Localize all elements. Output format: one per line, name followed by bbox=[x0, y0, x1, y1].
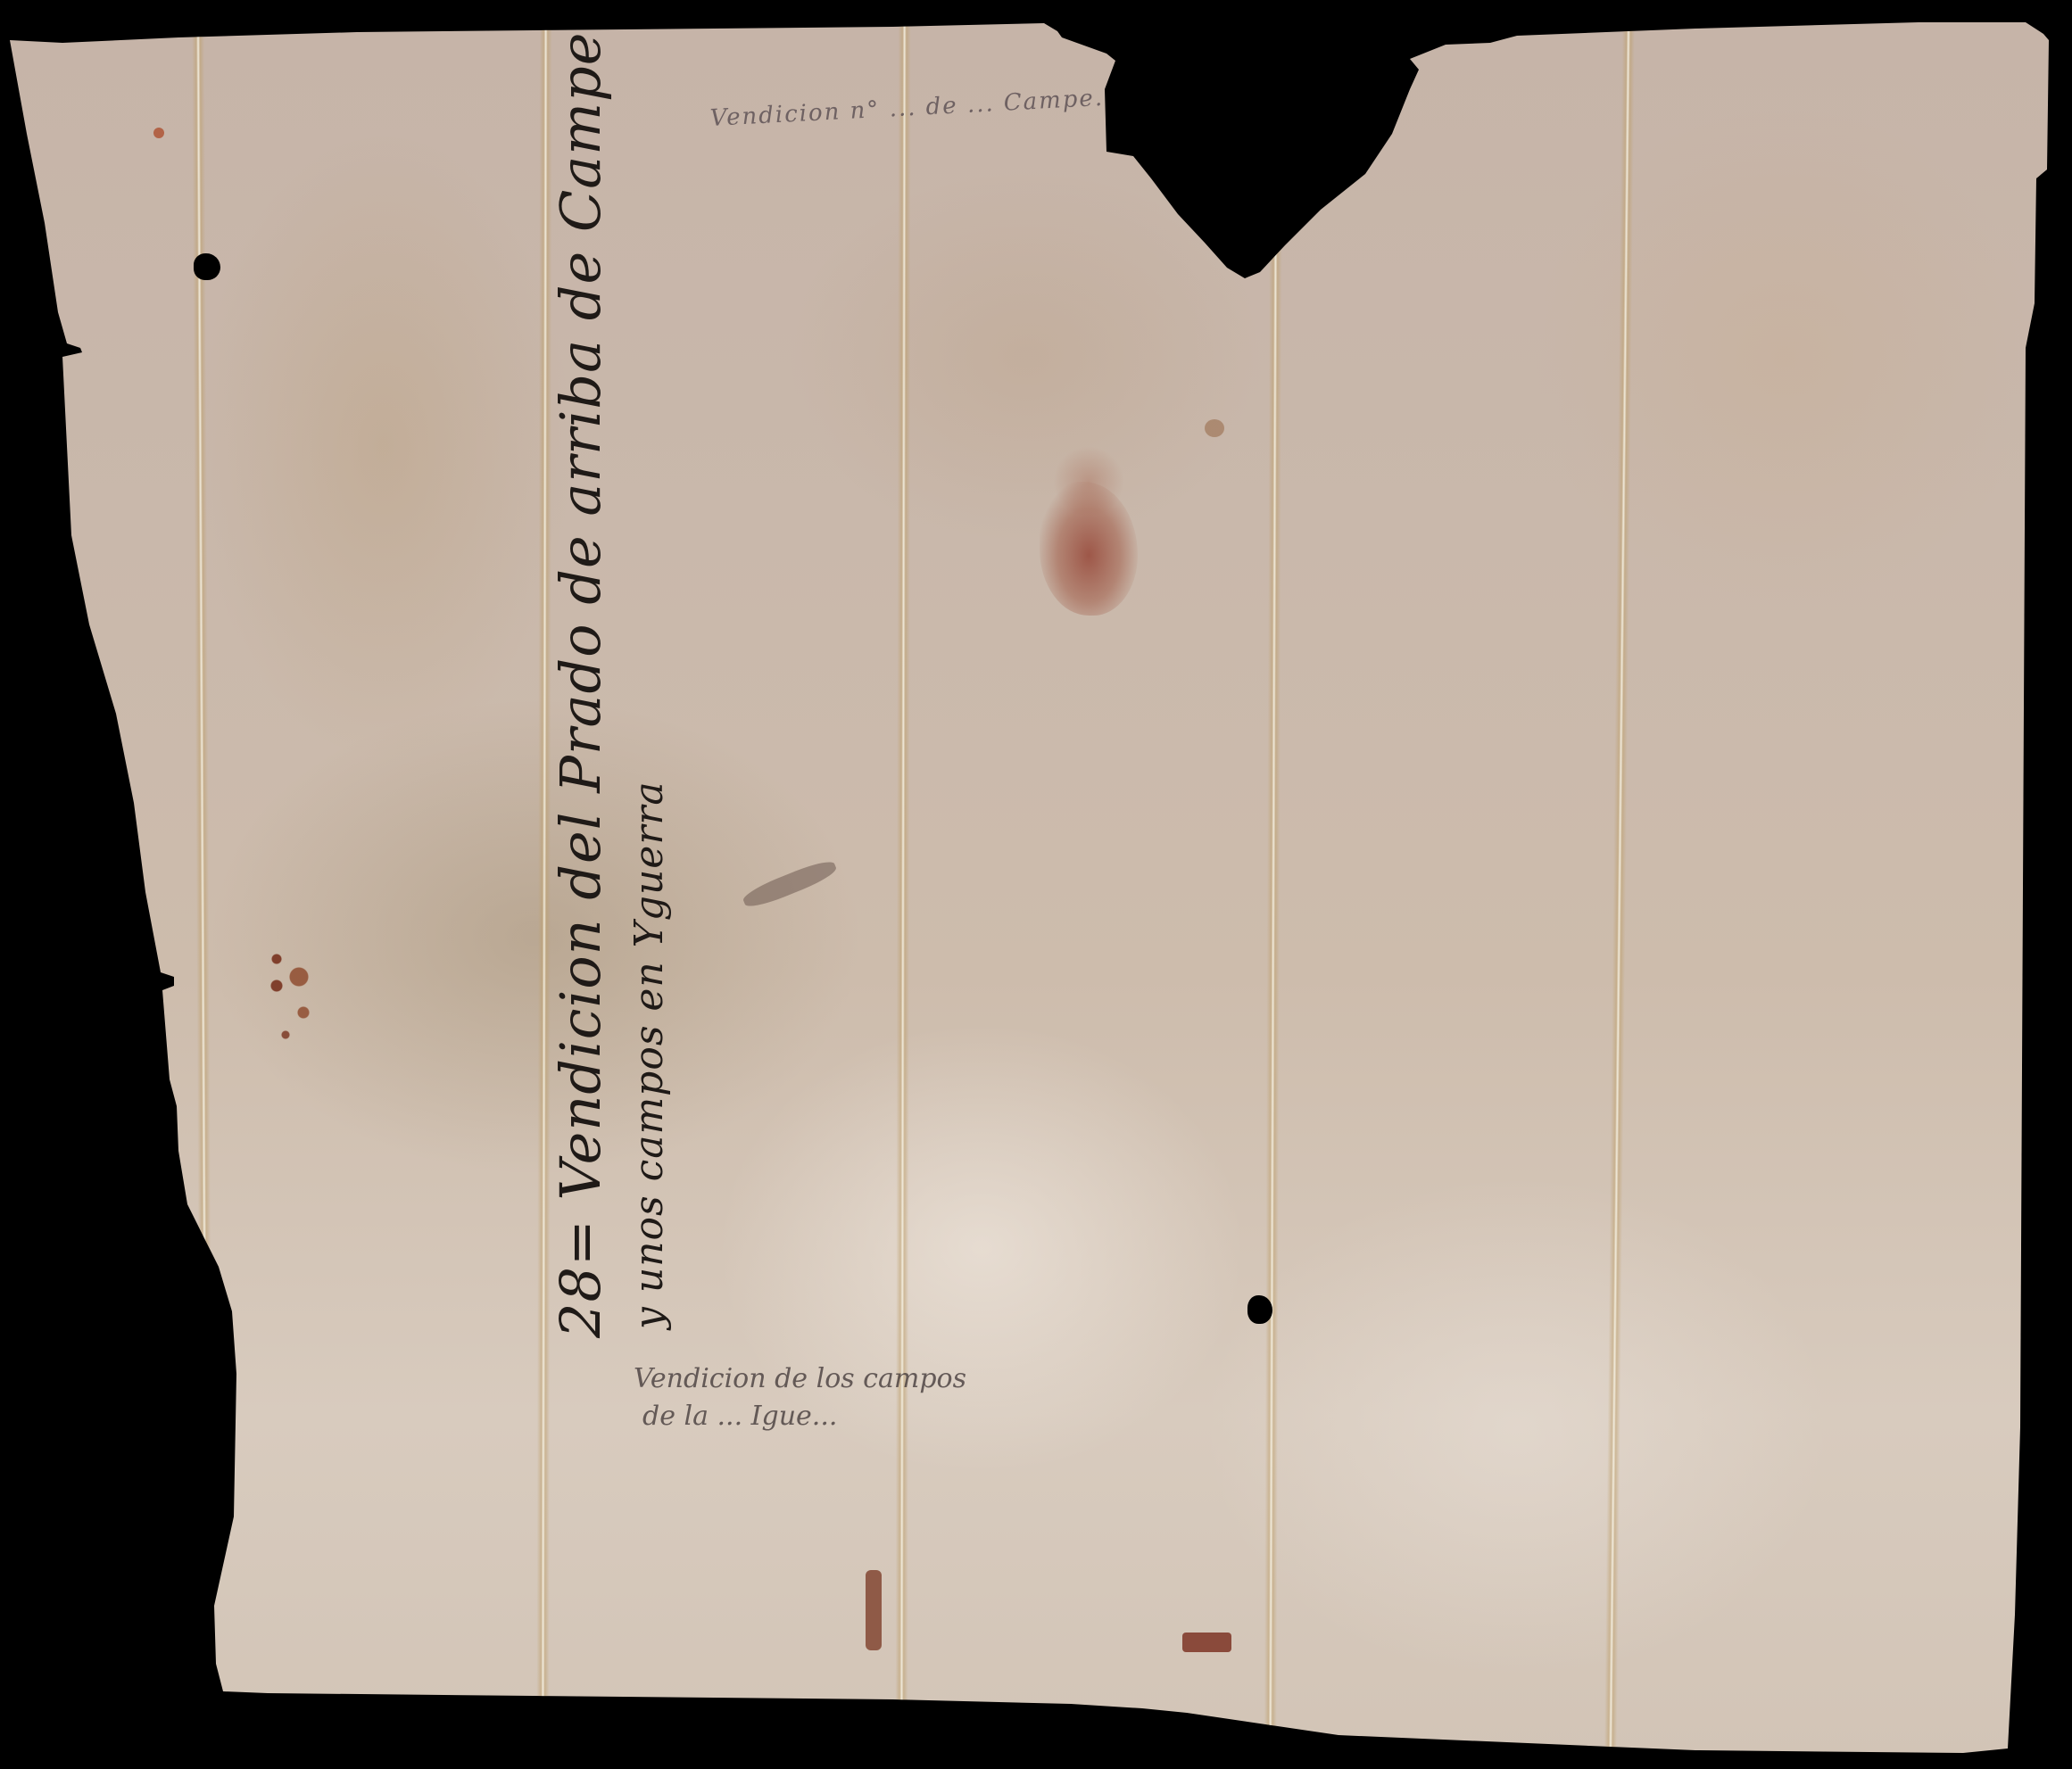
parchment-sheet: Vendicion n° ... de ... Campe... Vendici… bbox=[0, 0, 2072, 1769]
fold-line bbox=[1264, 0, 1283, 1769]
endorsement-title: 28= Vendicion del Prado de arriba de Cam… bbox=[553, 0, 630, 1338]
faded-note-line: Vendicion de los campos bbox=[634, 1360, 966, 1398]
rust-drip bbox=[866, 1570, 882, 1650]
endorsement-subtitle: y unos campos en Yguerra bbox=[630, 0, 669, 1338]
rust-drip bbox=[1182, 1633, 1231, 1652]
reddish-stain bbox=[1040, 482, 1138, 616]
archival-endorsement: 28= Vendicion del Prado de arriba de Cam… bbox=[553, 0, 669, 1338]
fold-line bbox=[1604, 0, 1636, 1769]
faded-note-bottom: Vendicion de los campos de la ... Igue..… bbox=[634, 1360, 966, 1435]
faded-note-top: Vendicion n° ... de ... Campe... bbox=[709, 84, 1123, 132]
spot bbox=[1205, 419, 1224, 437]
ink-smudge bbox=[741, 856, 839, 912]
photo-background: Vendicion n° ... de ... Campe... Vendici… bbox=[0, 0, 2072, 1769]
hole bbox=[194, 253, 220, 280]
spot bbox=[153, 128, 164, 138]
brown-spots bbox=[268, 946, 330, 1044]
faded-note-line: de la ... Igue... bbox=[634, 1398, 966, 1435]
hole bbox=[1247, 1295, 1272, 1324]
fold-line bbox=[895, 0, 910, 1769]
